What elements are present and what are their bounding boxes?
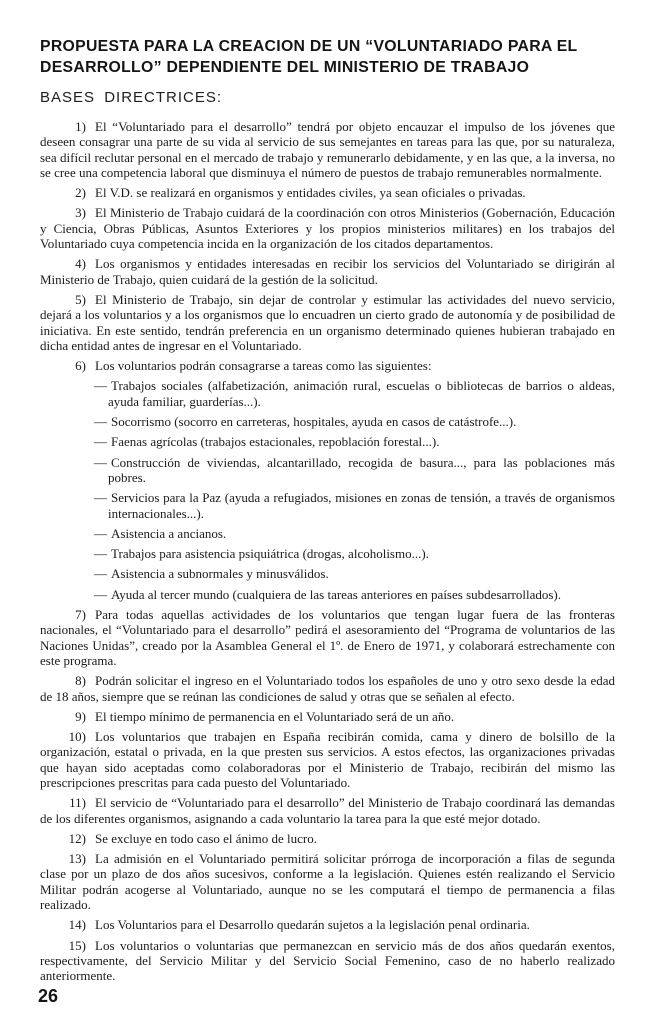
numbered-item: 5)El Ministerio de Trabajo, sin dejar de… [40,292,615,353]
item-number: 12) [58,831,86,846]
bullet-text: Servicios para la Paz (ayuda a refugiado… [108,490,615,520]
bullet-item: —Asistencia a ancianos. [40,526,615,541]
bullet-text: Ayuda al tercer mundo (cualquiera de las… [111,587,561,602]
item-text: Los Voluntarios para el Desarrollo queda… [95,917,530,932]
item-number: 9) [58,709,86,724]
bullet-text: Trabajos para asistencia psiquiátrica (d… [111,546,429,561]
numbered-item: 6)Los voluntarios podrán consagrarse a t… [40,358,615,373]
bullet-text: Trabajos sociales (alfabetización, anima… [108,378,615,408]
numbered-item: 2)El V.D. se realizará en organismos y e… [40,185,615,200]
item-text: El tiempo mínimo de permanencia en el Vo… [95,709,454,724]
bullet-item: —Servicios para la Paz (ayuda a refugiad… [40,490,615,521]
item-text: Los voluntarios o voluntarias que perman… [40,938,615,984]
item-text: Los organismos y entidades interesadas e… [40,256,615,286]
bullet-text: Asistencia a subnormales y minusválidos. [111,566,329,581]
item-number: 1) [58,119,86,134]
item-text: Podrán solicitar el ingreso en el Volunt… [40,673,615,703]
bullet-item: —Construcción de viviendas, alcantarilla… [40,455,615,486]
numbered-item: 7)Para todas aquellas actividades de los… [40,607,615,668]
bullet-item: —Ayuda al tercer mundo (cualquiera de la… [40,587,615,602]
item-number: 13) [58,851,86,866]
item-number: 4) [58,256,86,271]
item-text: Los voluntarios podrán consagrarse a tar… [95,358,431,373]
items-container: 1)El “Voluntariado para el desarrollo” t… [40,119,615,984]
item-text: El servicio de “Voluntariado para el des… [40,795,615,825]
item-number: 3) [58,205,86,220]
numbered-item: 12)Se excluye en todo caso el ánimo de l… [40,831,615,846]
numbered-item: 14)Los Voluntarios para el Desarrollo qu… [40,917,615,932]
numbered-item: 8)Podrán solicitar el ingreso en el Volu… [40,673,615,704]
section-heading: BASES DIRECTRICES: [40,89,615,106]
item-number: 6) [58,358,86,373]
bullet-item: —Trabajos sociales (alfabetización, anim… [40,378,615,409]
bullet-item: —Asistencia a subnormales y minusválidos… [40,566,615,581]
item-text: El “Voluntariado para el desarrollo” ten… [40,119,615,180]
item-number: 2) [58,185,86,200]
item-text: La admisión en el Voluntariado permitirá… [40,851,615,912]
numbered-item: 10)Los voluntarios que trabajen en Españ… [40,729,615,790]
item-number: 14) [58,917,86,932]
bullet-item: —Faenas agrícolas (trabajos estacionales… [40,434,615,449]
bullet-item: —Socorrismo (socorro en carreteras, hosp… [40,414,615,429]
bullet-item: —Trabajos para asistencia psiquiátrica (… [40,546,615,561]
item-text: Se excluye en todo caso el ánimo de lucr… [95,831,317,846]
bullet-dash-icon: — [94,587,111,602]
numbered-item: 13)La admisión en el Voluntariado permit… [40,851,615,912]
numbered-item: 3)El Ministerio de Trabajo cuidará de la… [40,205,615,251]
numbered-item: 4)Los organismos y entidades interesadas… [40,256,615,287]
bullet-text: Faenas agrícolas (trabajos estacionales,… [111,434,439,449]
numbered-item: 1)El “Voluntariado para el desarrollo” t… [40,119,615,180]
item-text: El Ministerio de Trabajo cuidará de la c… [40,205,615,251]
document-page: PROPUESTA PARA LA CREACION DE UN “VOLUNT… [0,0,653,1024]
numbered-item: 15)Los voluntarios o voluntarias que per… [40,938,615,984]
bullet-dash-icon: — [94,490,111,505]
bullet-dash-icon: — [94,566,111,581]
item-text: El V.D. se realizará en organismos y ent… [95,185,526,200]
item-text: Para todas aquellas actividades de los v… [40,607,615,668]
item-number: 10) [58,729,86,744]
bullet-text: Construcción de viviendas, alcantarillad… [108,455,615,485]
item-number: 11) [58,795,86,810]
item-number: 8) [58,673,86,688]
item-number: 5) [58,292,86,307]
page-number: 26 [38,986,58,1007]
bullet-text: Socorrismo (socorro en carreteras, hospi… [111,414,516,429]
item-number: 7) [58,607,86,622]
document-title: PROPUESTA PARA LA CREACION DE UN “VOLUNT… [40,36,592,78]
bullet-text: Asistencia a ancianos. [111,526,226,541]
numbered-item: 9)El tiempo mínimo de permanencia en el … [40,709,615,724]
item-text: Los voluntarios que trabajen en España r… [40,729,615,790]
item-number: 15) [58,938,86,953]
numbered-item: 11)El servicio de “Voluntariado para el … [40,795,615,826]
bullet-dash-icon: — [94,455,111,470]
bullet-dash-icon: — [94,378,111,393]
item-text: El Ministerio de Trabajo, sin dejar de c… [40,292,615,353]
bullet-dash-icon: — [94,414,111,429]
bullet-dash-icon: — [94,434,111,449]
bullet-dash-icon: — [94,526,111,541]
bullet-dash-icon: — [94,546,111,561]
